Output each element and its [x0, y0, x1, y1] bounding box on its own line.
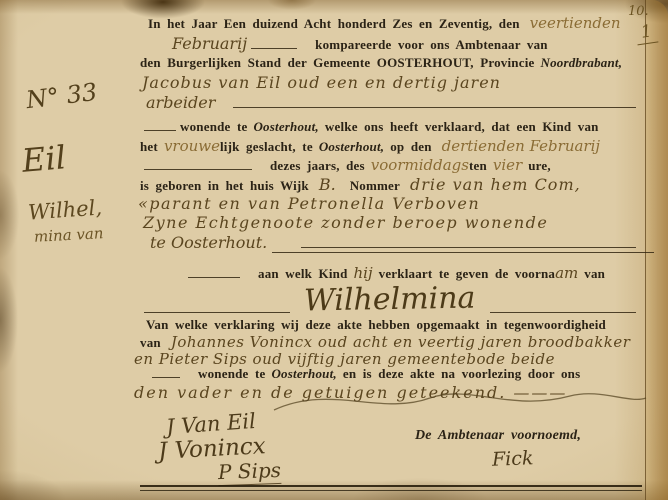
printed-compareerde-text: kompareerde voor ons Ambtenaar van [315, 37, 548, 53]
printed-place-name: Oosterhout, [271, 366, 336, 382]
act-line-naming: aan welk Kind hij verklaart te geven de … [184, 264, 605, 282]
margin-act-number-text: N° 33 [25, 78, 99, 114]
act-line-witness-intro: Van welke verklaring wij deze akte hebbe… [146, 317, 606, 333]
act-tally: 1 [636, 22, 657, 44]
handwritten-house-number: drie van hem Com, [410, 175, 581, 194]
handwritten-month: Februarij [172, 34, 247, 53]
printed-place-name: Oosterhout, [253, 119, 318, 135]
blank-rule [251, 48, 297, 49]
printed-van-text: van [584, 266, 605, 282]
act-line-closing: den vader en de getuigen geteekend. ——— [134, 383, 567, 402]
act-line-house: is geboren in het huis Wijk B. Nommer dr… [140, 175, 581, 194]
act-tally-text: 1 [635, 21, 659, 46]
handwritten-day: veertienden [530, 14, 621, 32]
handwritten-name-suffix: am [555, 264, 578, 282]
handwritten-closing: den vader en de getuigen geteekend. ——— [134, 383, 567, 402]
printed-van-label: van [140, 335, 161, 351]
margin-surname-text: Eil [20, 138, 67, 180]
act-line-residence: wonende te Oosterhout, welke ons heeft v… [140, 119, 599, 135]
printed-place-name: Oosterhout, [319, 139, 384, 155]
handwritten-witness1: Johannes Vonincx oud acht en veertig jar… [171, 333, 631, 351]
signature-official: Fick [492, 447, 534, 470]
handwritten-mother-name: «parant en van Petronella Verboven [138, 194, 480, 213]
handwritten-wijk-letter: B. [319, 175, 336, 194]
act-line-municipality: den Burgerlijken Stand der Gemeente OOST… [140, 55, 622, 71]
official-title: De Ambtenaar voornoemd, [415, 428, 581, 444]
printed-ure-text: ure, [528, 158, 551, 174]
printed-het-text: het [140, 139, 158, 155]
printed-aan-welk-kind-text: aan welk Kind [258, 266, 348, 282]
margin-given-name-1-text: Wilhel, [27, 195, 102, 224]
printed-province-name: Noordbrabant, [540, 55, 622, 71]
blank-rule [152, 377, 180, 378]
printed-municipality-text: den Burgerlijken Stand der Gemeente OOST… [140, 55, 534, 71]
page-binding-edge [645, 0, 668, 500]
printed-verklaring-text: Van welke verklaring wij deze akte hebbe… [146, 317, 606, 333]
printed-geslacht-text: lijk geslacht, te [220, 139, 313, 155]
printed-voorlezing-text: en is deze akte na voorlezing door ons [343, 366, 580, 382]
margin-surname: Eil [22, 140, 66, 178]
printed-wonende2-text: wonende te [198, 366, 265, 382]
act-line-spouse: Zyne Echtgenoote zonder beroep wonende [143, 213, 548, 232]
printed-year-text: In het Jaar Een duizend Acht honderd Zes… [148, 16, 520, 32]
handwritten-daypart: voormiddags [371, 156, 469, 174]
handwritten-occupation: arbeider [146, 93, 215, 112]
margin-act-number: N° 33 [26, 82, 97, 110]
printed-verklaart-text: verklaart te geven de voorna [379, 266, 555, 282]
blank-rule [490, 312, 636, 313]
handwritten-hour: vier [493, 156, 522, 174]
handwritten-pronoun: hij [354, 264, 373, 282]
margin-given-name-2-text: mina van [34, 224, 104, 246]
handwritten-child-name: Wilhelmina [304, 281, 476, 319]
blank-rule [301, 247, 636, 248]
printed-nommer-text: Nommer [350, 178, 400, 194]
handwritten-declarant: Jacobus van Eil oud een en dertig jaren [142, 73, 501, 92]
handwritten-birthdate: dertienden Februarij [442, 137, 600, 155]
act-line-mother: «parant en van Petronella Verboven [138, 194, 480, 213]
margin-given-name-1: Wilhel, [28, 198, 102, 222]
act-line-occupation: arbeider [146, 93, 640, 112]
blank-rule [233, 107, 636, 108]
printed-ten-text: ten [469, 158, 487, 174]
printed-dezes-jaars-text: dezes jaars, des [270, 158, 365, 174]
act-line-child-name: Wilhelmina [140, 282, 640, 317]
margin-given-name-2: mina van [34, 226, 103, 244]
act-line-hour: dezes jaars, des voormiddags ten vier ur… [140, 156, 551, 174]
printed-declared-text: welke ons heeft verklaard, dat een Kind … [325, 119, 599, 135]
handwritten-mother-residence: te Oosterhout. [150, 233, 267, 252]
signature-witness2: P Sips [218, 458, 282, 486]
blank-rule [144, 312, 290, 313]
official-title-text: De Ambtenaar voornoemd, [415, 428, 581, 444]
act-line-witness-residence: wonende te Oosterhout, en is deze akte n… [148, 366, 580, 382]
handwritten-spouse-text: Zyne Echtgenoote zonder beroep wonende [143, 213, 548, 232]
act-line-mother-residence: te Oosterhout. [150, 233, 640, 252]
birth-certificate-scan: 10. 1 N° 33 Eil Wilhel, mina van In het … [0, 0, 668, 500]
blank-rule [144, 169, 252, 170]
act-line-year: In het Jaar Een duizend Acht honderd Zes… [148, 14, 638, 32]
act-line-declarant: Jacobus van Eil oud een en dertig jaren [142, 73, 501, 92]
blank-rule [272, 252, 654, 253]
act-line-witness1: van Johannes Vonincx oud acht en veertig… [140, 333, 630, 351]
blank-rule [144, 130, 176, 131]
handwritten-gender: vrouwe [164, 137, 220, 155]
act-line-gender-date: het vrouwe lijk geslacht, te Oosterhout,… [140, 137, 600, 155]
act-line-month: Februarij kompareerde voor ons Ambtenaar… [172, 34, 628, 53]
printed-wonende-text: wonende te [180, 119, 247, 135]
act-bottom-rule [140, 485, 642, 491]
printed-op-den-text: op den [390, 139, 431, 155]
separator-rule [268, 252, 658, 257]
blank-rule [188, 277, 240, 278]
printed-huis-wijk-text: is geboren in het huis Wijk [140, 178, 309, 194]
